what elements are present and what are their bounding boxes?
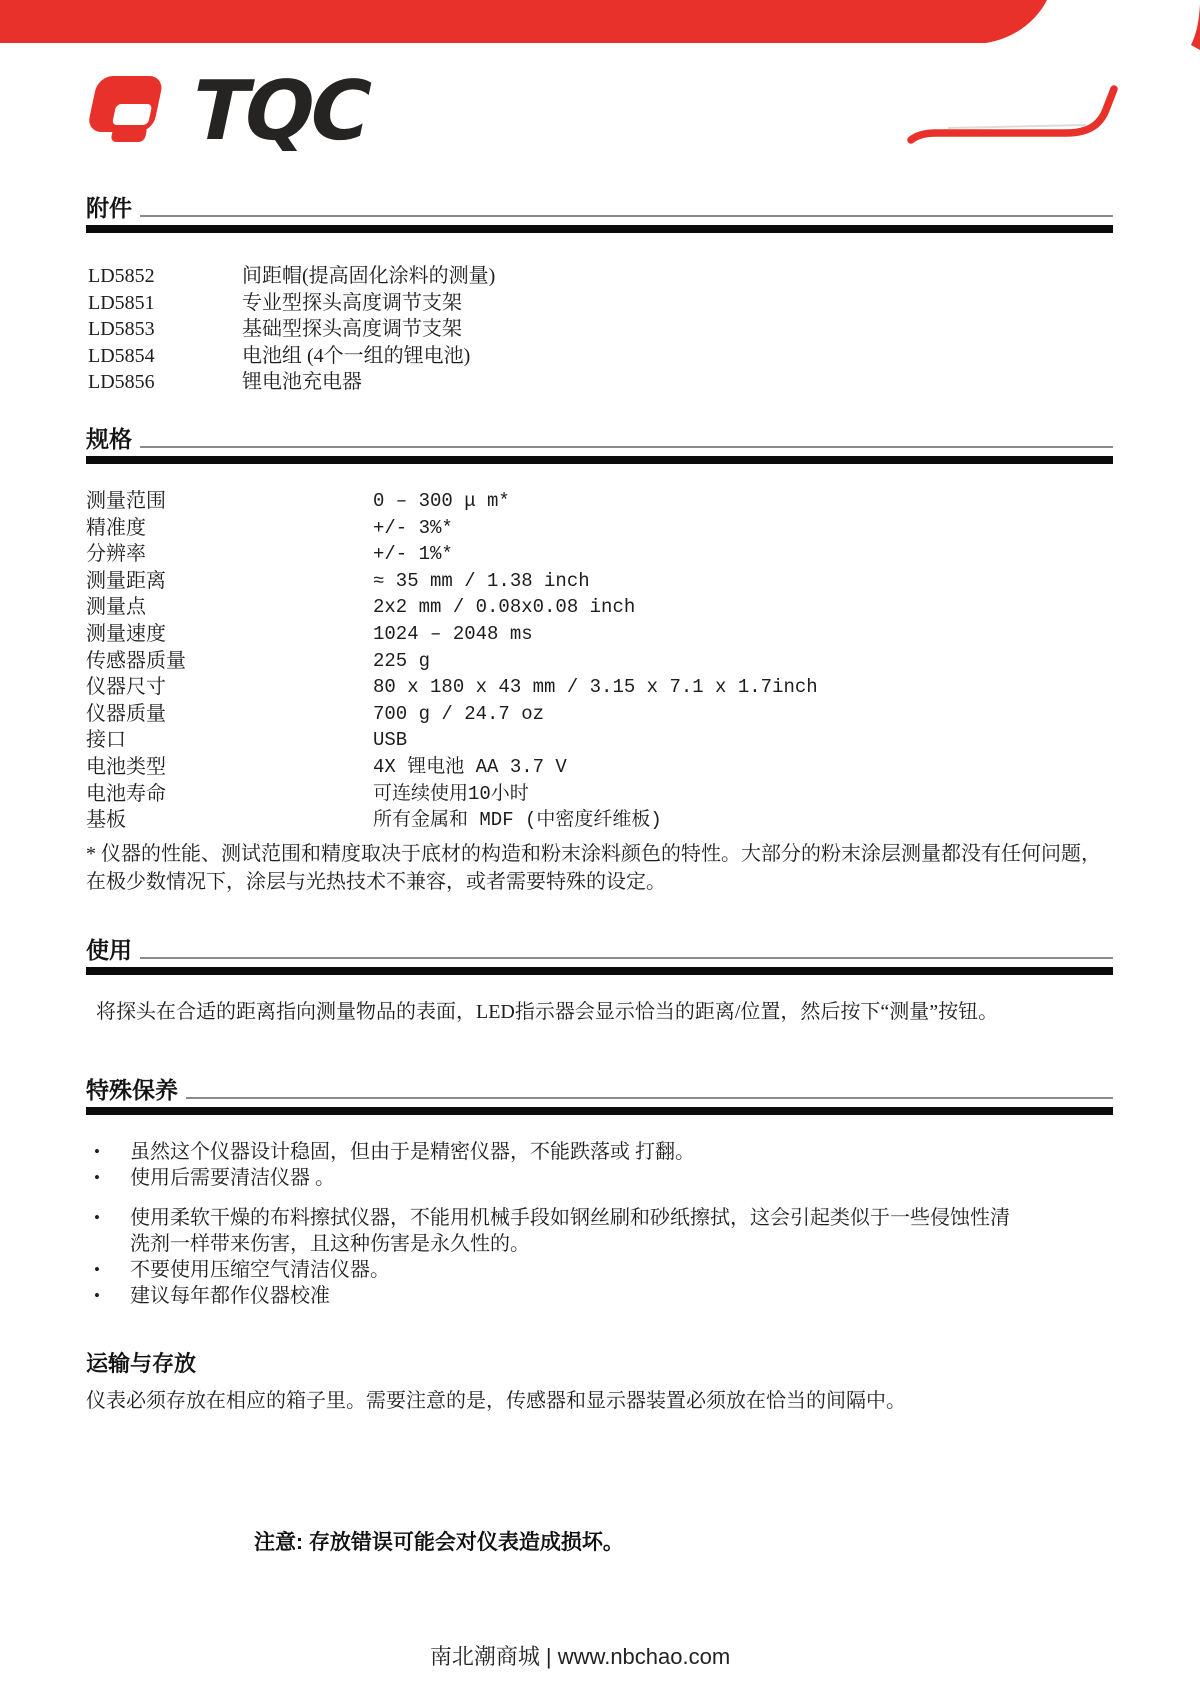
spec-row: 接口 USB [86, 727, 1113, 754]
spec-value: 可连续使用10小时 [373, 781, 529, 808]
spec-value: 225 g [373, 648, 430, 675]
spec-value: ≈ 35 mm / 1.38 inch [373, 568, 590, 595]
section-head: 特殊保养 [86, 1076, 1113, 1104]
usage-text: 将探头在合适的距离指向测量物品的表面，LED指示器会显示恰当的距离/位置，然后按… [86, 999, 1113, 1026]
spec-row: 测量范围 0 – 300 μ m* [86, 488, 1113, 515]
spec-value: +/- 1%* [373, 541, 453, 568]
spec-value: 所有金属和 MDF (中密度纤维板) [373, 807, 662, 834]
spec-row: 测量速度 1024 – 2048 ms [86, 621, 1113, 648]
spec-row: 仪器质量 700 g / 24.7 oz [86, 701, 1113, 728]
document-page: TQC 附件 LD5852 间距帽(提高固化涂料的测量) LD5851 专业型探… [0, 0, 1200, 1698]
section-thin-rule [140, 215, 1113, 217]
section-bar [86, 225, 1113, 233]
section-head: 使用 [86, 936, 1113, 964]
spec-value: +/- 3%* [373, 515, 453, 542]
accessory-row: LD5854 电池组 (4个一组的锂电池) [86, 343, 1113, 370]
spec-label: 测量距离 [86, 568, 373, 595]
section-accessories: 附件 LD5852 间距帽(提高固化涂料的测量) LD5851 专业型探头高度调… [86, 194, 1113, 396]
accessory-code: LD5854 [86, 343, 242, 370]
footer-branding: 南北潮商城 | www.nbchao.com [0, 1640, 1160, 1671]
logo-wordmark: TQC [184, 72, 375, 152]
spec-label: 接口 [86, 727, 373, 754]
accessory-row: LD5852 间距帽(提高固化涂料的测量) [86, 263, 1113, 290]
accessory-desc: 基础型探头高度调节支架 [242, 316, 462, 343]
accessory-desc: 电池组 (4个一组的锂电池) [242, 343, 470, 370]
accessory-code: LD5851 [86, 290, 242, 317]
section-thin-rule [140, 446, 1113, 448]
spec-row: 仪器尺寸 80 x 180 x 43 mm / 3.15 x 7.1 x 1.7… [86, 674, 1113, 701]
bullet-dot-icon: • [86, 1205, 130, 1257]
spec-row: 测量距离 ≈ 35 mm / 1.38 inch [86, 568, 1113, 595]
section-thin-rule [186, 1097, 1113, 1099]
section-bar [86, 456, 1113, 464]
storage-title: 运输与存放 [86, 1350, 1113, 1378]
spec-label: 仪器尺寸 [86, 674, 373, 701]
spec-label: 仪器质量 [86, 701, 373, 728]
spec-value: 1024 – 2048 ms [373, 621, 533, 648]
tqc-logo-icon [76, 68, 168, 156]
accessory-row: LD5853 基础型探头高度调节支架 [86, 316, 1113, 343]
spec-label: 电池寿命 [86, 781, 373, 808]
tqc-logo: TQC [76, 68, 358, 156]
accessory-row: LD5856 锂电池充电器 [86, 369, 1113, 396]
spec-row: 传感器质量 225 g [86, 648, 1113, 675]
accessory-code: LD5856 [86, 369, 242, 396]
section-bar [86, 1107, 1113, 1115]
spec-row: 测量点 2x2 mm / 0.08x0.08 inch [86, 594, 1113, 621]
bullet-text: 建议每年都作仪器校准 [130, 1283, 330, 1309]
section-title: 特殊保养 [86, 1076, 186, 1104]
section-title: 附件 [86, 194, 140, 222]
spec-row: 电池寿命 可连续使用10小时 [86, 781, 1113, 808]
maintenance-bullet: • 不要使用压缩空气清洁仪器。 [86, 1257, 1113, 1283]
bullet-dot-icon: • [86, 1165, 130, 1191]
section-thin-rule [140, 957, 1113, 959]
section-title: 使用 [86, 936, 140, 964]
maintenance-bullet: • 建议每年都作仪器校准 [86, 1283, 1113, 1309]
bullet-dot-icon: • [86, 1257, 130, 1283]
spec-value: 2x2 mm / 0.08x0.08 inch [373, 594, 635, 621]
section-title: 规格 [86, 425, 140, 453]
spec-row: 精准度 +/- 3%* [86, 515, 1113, 542]
spec-label: 测量范围 [86, 488, 373, 515]
maintenance-bullet: • 使用柔软干燥的布料擦拭仪器，不能用机械手段如钢丝刷和砂纸擦拭，这会引起类似于… [86, 1205, 1113, 1257]
bullet-text: 使用柔软干燥的布料擦拭仪器，不能用机械手段如钢丝刷和砂纸擦拭，这会引起类似于一些… [130, 1205, 1010, 1257]
bullet-text: 不要使用压缩空气清洁仪器。 [130, 1257, 390, 1283]
faint-gray-line [948, 125, 1086, 128]
section-maintenance: 特殊保养 • 虽然这个仪器设计稳固，但由于是精密仪器，不能跌落或 打翻。 • 使… [86, 1076, 1113, 1309]
accessory-code: LD5852 [86, 263, 242, 290]
accessory-desc: 锂电池充电器 [242, 369, 362, 396]
top-right-red-sliver [1191, 4, 1200, 50]
section-head: 附件 [86, 194, 1113, 222]
accessory-row: LD5851 专业型探头高度调节支架 [86, 290, 1113, 317]
spec-value: 700 g / 24.7 oz [373, 701, 544, 728]
spec-row: 电池类型 4X 锂电池 AA 3.7 V [86, 754, 1113, 781]
spec-row: 分辨率 +/- 1%* [86, 541, 1113, 568]
spec-label: 测量点 [86, 594, 373, 621]
maintenance-list: • 虽然这个仪器设计稳固，但由于是精密仪器，不能跌落或 打翻。 • 使用后需要清… [86, 1139, 1113, 1309]
spec-label: 测量速度 [86, 621, 373, 648]
section-usage: 使用 将探头在合适的距离指向测量物品的表面，LED指示器会显示恰当的距离/位置，… [86, 936, 1113, 1026]
spec-label: 传感器质量 [86, 648, 373, 675]
accessory-code: LD5853 [86, 316, 242, 343]
bullet-text: 使用后需要清洁仪器 。 [130, 1165, 335, 1191]
storage-warning-note: 注意: 存放错误可能会对仪表造成损坏。 [254, 1526, 624, 1556]
spec-value: USB [373, 727, 407, 754]
section-head: 规格 [86, 425, 1113, 453]
top-red-band [0, 0, 1047, 43]
accessory-list: LD5852 间距帽(提高固化涂料的测量) LD5851 专业型探头高度调节支架… [86, 263, 1113, 396]
spec-value: 80 x 180 x 43 mm / 3.15 x 7.1 x 1.7inch [373, 674, 818, 701]
accessory-desc: 专业型探头高度调节支架 [242, 290, 462, 317]
spec-table: 测量范围 0 – 300 μ m* 精准度 +/- 3%* 分辨率 +/- 1%… [86, 488, 1113, 834]
spec-label: 精准度 [86, 515, 373, 542]
accessory-desc: 间距帽(提高固化涂料的测量) [242, 263, 495, 290]
section-storage: 运输与存放 仪表必须存放在相应的箱子里。需要注意的是，传感器和显示器装置必须放在… [86, 1350, 1113, 1415]
maintenance-bullet: • 使用后需要清洁仪器 。 [86, 1165, 1113, 1191]
spec-value: 0 – 300 μ m* [373, 488, 510, 515]
red-swoosh [911, 89, 1114, 140]
section-bar [86, 967, 1113, 975]
maintenance-bullet: • 虽然这个仪器设计稳固，但由于是精密仪器，不能跌落或 打翻。 [86, 1139, 1113, 1165]
spec-label: 分辨率 [86, 541, 373, 568]
bullet-text: 虽然这个仪器设计稳固，但由于是精密仪器，不能跌落或 打翻。 [130, 1139, 695, 1165]
spec-row: 基板 所有金属和 MDF (中密度纤维板) [86, 807, 1113, 834]
section-specs: 规格 测量范围 0 – 300 μ m* 精准度 +/- 3%* 分辨率 +/-… [86, 425, 1113, 896]
bullet-dot-icon: • [86, 1283, 130, 1309]
spec-label: 电池类型 [86, 754, 373, 781]
spec-label: 基板 [86, 807, 373, 834]
bullet-dot-icon: • [86, 1139, 130, 1165]
spec-footnote: * 仪器的性能、测试范围和精度取决于底材的构造和粉末涂料颜色的特性。大部分的粉末… [86, 840, 1113, 896]
storage-text: 仪表必须存放在相应的箱子里。需要注意的是，传感器和显示器装置必须放在恰当的间隔中… [86, 1388, 1113, 1415]
spec-value: 4X 锂电池 AA 3.7 V [373, 754, 567, 781]
